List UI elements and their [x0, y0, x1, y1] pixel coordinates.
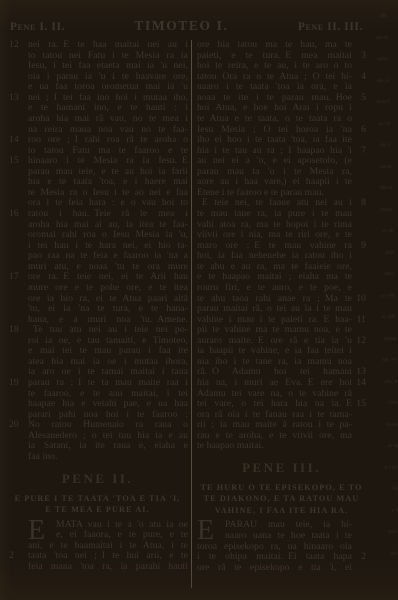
verse-text: te Atua e te taata, o te taata ra o [197, 114, 352, 125]
verse-number [7, 188, 28, 199]
right-column: ore hia tatou ma te hau, ma te paieti, e… [191, 40, 366, 588]
verse-number [352, 114, 366, 125]
facing-page-text-fragment: maua [368, 199, 393, 221]
verse-number [352, 283, 366, 294]
left-verse-lines: 12 nei ra. E te haa maitai nei au i to t… [7, 40, 188, 463]
chapter-summary-line: E PURE I TE TAATA 'TOA E TIA 'I, [7, 493, 188, 505]
facing-page-text-fragment: o, eah [371, 307, 396, 329]
verse-number [352, 410, 366, 421]
facing-page-edge: III. ata ra iaruo elo, e oi ia h ia i te… [363, 6, 398, 594]
verse-number: 19 [7, 378, 28, 389]
verse-number: 7 [352, 146, 366, 157]
facing-page-text-fragment: na ta [367, 156, 392, 178]
verse-number [7, 61, 28, 72]
verse-number [7, 220, 28, 231]
verse-number: 14 [7, 135, 28, 146]
verse-number [7, 177, 28, 188]
facing-page-text-fragment: auri [369, 242, 394, 264]
facing-page-text-fragment: ud, e [367, 135, 392, 157]
verse-number [352, 156, 366, 167]
verse-number: 12 [352, 336, 366, 347]
verse-number: 10 [352, 294, 366, 305]
verse-number [7, 336, 28, 347]
verse-number [7, 230, 28, 241]
running-header: Pene I. II. TIMOTEO I. Pene II. III. [7, 18, 366, 34]
verse-text: ore hia tatou ma te hau, ma te [197, 40, 352, 51]
verse-text: nei ra. E te haa maitai nei au i [28, 40, 188, 51]
chapter-summary-line: E TE MEA E PURE AI. [7, 504, 188, 516]
verse-number [7, 103, 28, 114]
verse-line: rouru firi, e te auro, e te poe, e [197, 283, 366, 294]
book-page-scan: Pene I. II. TIMOTEO I. Pene II. III. 12 … [0, 0, 398, 600]
verse-number: 11 [352, 315, 366, 326]
verse-line: ore hia tatou ma te hau, ma te [197, 40, 366, 51]
facing-page-text-fragment: re i ite [371, 285, 396, 307]
verse-number: 12 [7, 40, 28, 51]
verse-number [7, 241, 28, 252]
chapter-title: PENE III. [197, 460, 366, 476]
verse-number [7, 72, 28, 83]
verse-number [352, 209, 366, 220]
verse-number [7, 294, 28, 305]
facing-page-text-fragment: lat, o t [372, 350, 397, 372]
chapter-title: PENE II. [7, 471, 188, 487]
verse-number [352, 103, 366, 114]
verse-number [7, 562, 28, 573]
verse-number [352, 431, 366, 442]
verse-text: te mau tane ra, ia pure i te mau [197, 209, 352, 220]
verse-number: 16 [7, 209, 28, 220]
verse-number [7, 304, 28, 315]
verse-number [7, 399, 28, 410]
verse-line: 12 nei ra. E te haa maitai nei au i [7, 40, 188, 51]
facing-page-text-fragment: de te [377, 543, 398, 565]
verse-number [7, 431, 28, 442]
verse-number [352, 220, 366, 231]
verse-text: hia na, i muri ae Eva. E ere hoi [197, 378, 352, 389]
chapter-verse-lines: PARAU mau teie, ia hi- naaro uana te hoe… [197, 520, 366, 573]
facing-page-text-fragment: oi ia h [366, 92, 391, 114]
verse-text: aroha hia mai râ vau, no te mea i [28, 114, 188, 125]
verse-text: feia mana 'toa ra, ia parahi hauti [28, 562, 188, 573]
facing-page-text-fragment: ar au [375, 436, 398, 458]
verse-line: ore râ te episekopo e tia 'i, ei [197, 563, 366, 574]
page-content: Pene I. II. TIMOTEO I. Pene II. III. 12 … [7, 18, 366, 588]
facing-page-text-fragment: k i te f [375, 457, 398, 479]
verse-number: 5 [352, 93, 366, 104]
verse-number [7, 530, 28, 541]
verse-number [7, 251, 28, 262]
verse-number: 2 [352, 552, 366, 563]
verse-number [352, 346, 366, 357]
verse-line: 16 ratou i hau. Teie râ te mea i [7, 209, 188, 220]
facing-page-text-fragment: ara t [370, 264, 395, 286]
verse-number: 2 [7, 551, 28, 562]
chapter-summary-line: TE HURU O TE EPISEKOPO, E TO [197, 482, 366, 494]
verse-number [352, 177, 366, 188]
left-column: 12 nei ra. E te haa maitai nei au i to t… [7, 40, 188, 588]
verse-text: ore râ te episekopo e tia 'i, ei [197, 563, 352, 574]
drop-cap: E [197, 519, 214, 542]
facing-page-text-fragment: iaruo [364, 49, 389, 71]
verse-number [7, 114, 28, 125]
verse-text: parau ra ; I te ta mau maite raa i [28, 378, 188, 389]
verse-line: faa ino. [7, 452, 188, 463]
facing-page-text-fragment: III. [363, 6, 388, 28]
facing-page-text-fragment: a i te [369, 221, 394, 243]
verse-number: 13 [7, 93, 28, 104]
verse-number: 6 [352, 125, 366, 136]
verse-line: te Atua e te taata, o te taata ra o [197, 114, 366, 125]
verse-line: mure ore e te pohe ore, e te itea [7, 283, 188, 294]
facing-page-text-fragment: li roo [374, 414, 398, 436]
verse-number [7, 51, 28, 62]
verse-number [352, 420, 366, 431]
verse-number [7, 389, 28, 400]
verse-number [7, 357, 28, 368]
facing-page-text-fragment: ata ra [364, 27, 389, 49]
verse-number [7, 520, 28, 531]
facing-page-text-fragment: tura 't [377, 522, 398, 544]
verse-number [352, 531, 366, 542]
verse-line: te haapao maitai. [197, 441, 366, 452]
verse-number [352, 563, 366, 574]
verse-number: 4 [352, 72, 366, 83]
verse-text: ratou i hau. Teie râ te mea i [28, 209, 188, 220]
facing-page-text-fragment: eto, a [373, 371, 398, 393]
facing-page-text-fragment: iuleia [372, 328, 397, 350]
facing-page-text-fragment: a 'to [376, 500, 398, 522]
right-verse-lines: ore hia tatou ma te hau, ma te paieti, e… [197, 40, 366, 452]
verse-number [352, 262, 366, 273]
facing-page-text-fragment: ilo. [376, 479, 398, 501]
verse-line: te mau tane ra, ia pure i te mau [197, 209, 366, 220]
verse-number: 18 [7, 325, 28, 336]
verse-number [352, 251, 366, 262]
chapter-body: E MATA vau i te a 'o atu ia oe [7, 520, 188, 573]
verse-text: mure ore e te pohe ore, e te itea [28, 283, 188, 294]
header-book-title: TIMOTEO I. [134, 18, 228, 34]
verse-line: feia mana 'toa ra, ia parahi hauti [7, 562, 188, 573]
verse-line: hia na, i muri ae Eva. E ere hoi 14 [197, 378, 366, 389]
verse-line: aroha hia mai râ vau, no te mea i [7, 114, 188, 125]
drop-cap: E [28, 519, 45, 542]
verse-line: 19 parau ra ; I te ta mau maite raa i [7, 378, 188, 389]
verse-number: 9 [352, 241, 366, 252]
chapter-pene-2: PENE II. E PURE I TE TAATA 'TOA E TIA 'I… [7, 471, 188, 573]
verse-number: 8 [352, 198, 366, 209]
verse-number [7, 441, 28, 452]
text-columns: 12 nei ra. E te haa maitai nei au i to t… [7, 40, 366, 588]
verse-line: naaro uana te hoe taata i te [197, 531, 366, 542]
verse-number [352, 272, 366, 283]
chapter-pene-3: PENE III. TE HURU O TE EPISEKOPO, E TO T… [197, 460, 366, 573]
verse-number [7, 283, 28, 294]
facing-page-text-fragment: elo, e [365, 70, 390, 92]
chapter-summary-line: TE DIAKONO, E TA RATOU MAU [197, 493, 366, 505]
verse-number [352, 441, 366, 452]
header-right-chapters: Pene II. III. [298, 21, 363, 33]
verse-number [7, 452, 28, 463]
facing-page-text-fragment: i fue [373, 393, 398, 415]
header-left-chapters: Pene I. II. [10, 21, 65, 33]
verse-number [7, 346, 28, 357]
facing-page-text-fragment: ida ei [368, 178, 393, 200]
verse-number [352, 520, 366, 531]
verse-number: 15 [352, 399, 366, 410]
chapter-summary: E PURE I TE TAATA 'TOA E TIA 'I, E TE ME… [7, 493, 188, 516]
verse-number [7, 167, 28, 178]
chapter-summary-line: VAHINE, I FAA ITE HIA RA. [197, 505, 366, 517]
verse-number: 14 [352, 378, 366, 389]
chapter-summary: TE HURU O TE EPISEKOPO, E TO TE DIAKONO,… [197, 482, 366, 517]
verse-number [352, 167, 366, 178]
verse-number: 15 [7, 156, 28, 167]
verse-text: rouru firi, e te auro, e te poe, e [197, 283, 352, 294]
verse-text: te haapao maitai. [197, 441, 352, 452]
verse-text: naaro uana te hoe taata i te [197, 531, 352, 542]
verse-text: faa ino. [28, 452, 188, 463]
facing-page-text-fragment: ia i te [366, 113, 391, 135]
verse-number: 20 [7, 420, 28, 431]
chapter-body: E PARAU mau teie, ia hi- naaro uana te [197, 520, 366, 573]
verse-number: 17 [7, 272, 28, 283]
